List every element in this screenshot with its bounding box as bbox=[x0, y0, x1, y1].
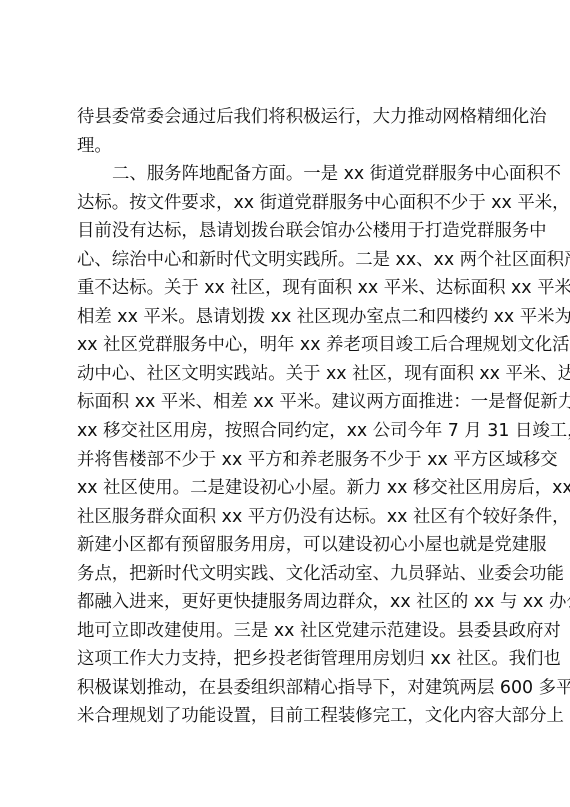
text-line: 积极谋划推动，在县委组织部精心指导下，对建筑两层 600 多平 bbox=[77, 674, 487, 703]
text-line: 标面积 xx 平米、相差 xx 平米。建议两方面推进：一是督促新力 bbox=[77, 388, 487, 417]
text-line: 新建小区都有预留服务用房，可以建设初心小屋也就是党建服 bbox=[77, 531, 487, 560]
text-line: 相差 xx 平米。恳请划拨 xx 社区现办室点二和四楼约 xx 平米为 bbox=[77, 303, 487, 332]
text-line: 并将售楼部不少于 xx 平方和养老服务不少于 xx 平方区域移交 bbox=[77, 446, 487, 475]
text-line: 都融入进来，更好更快捷服务周边群众，xx 社区的 xx 与 xx 办公 bbox=[77, 588, 487, 617]
text-line: 地可立即改建使用。三是 xx 社区党建示范建设。县委县政府对 bbox=[77, 617, 487, 646]
paragraph-first-line: 二、服务阵地配备方面。一是 xx 街道党群服务中心面积不 bbox=[77, 160, 487, 189]
document-page: 待县委常委会通过后我们将积极运行，大力推动网格精细化治理。二、服务阵地配备方面。… bbox=[0, 0, 570, 807]
text-line: 这项工作大力支持，把乡投老街管理用房划归 xx 社区。我们也 bbox=[77, 645, 487, 674]
text-line: 米合理规划了功能设置，目前工程装修完工，文化内容大部分上 bbox=[77, 702, 487, 731]
text-line: 动中心、社区文明实践站。关于 xx 社区，现有面积 xx 平米、达 bbox=[77, 360, 487, 389]
text-line: 社区服务群众面积 xx 平方仍没有达标。xx 社区有个较好条件， bbox=[77, 503, 487, 532]
text-line: xx 社区使用。二是建设初心小屋。新力 xx 移交社区用房后，xx bbox=[77, 474, 487, 503]
text-line: 目前没有达标，恳请划拨台联会馆办公楼用于打造党群服务中 bbox=[77, 217, 487, 246]
text-line: 重不达标。关于 xx 社区，现有面积 xx 平米、达标面积 xx 平米、 bbox=[77, 274, 487, 303]
text-line: 务点，把新时代文明实践、文化活动室、九员驿站、业委会功能 bbox=[77, 560, 487, 589]
document-body: 待县委常委会通过后我们将积极运行，大力推动网格精细化治理。二、服务阵地配备方面。… bbox=[77, 103, 487, 731]
text-line: 待县委常委会通过后我们将积极运行，大力推动网格精细化治 bbox=[77, 103, 487, 132]
text-line: xx 移交社区用房，按照合同约定，xx 公司今年 7 月 31 日竣工， bbox=[77, 417, 487, 446]
text-line: 达标。按文件要求，xx 街道党群服务中心面积不少于 xx 平米， bbox=[77, 189, 487, 218]
text-line: 心、综治中心和新时代文明实践所。二是 xx、xx 两个社区面积严 bbox=[77, 246, 487, 275]
text-line: 理。 bbox=[77, 132, 487, 161]
text-line: xx 社区党群服务中心，明年 xx 养老项目竣工后合理规划文化活 bbox=[77, 331, 487, 360]
